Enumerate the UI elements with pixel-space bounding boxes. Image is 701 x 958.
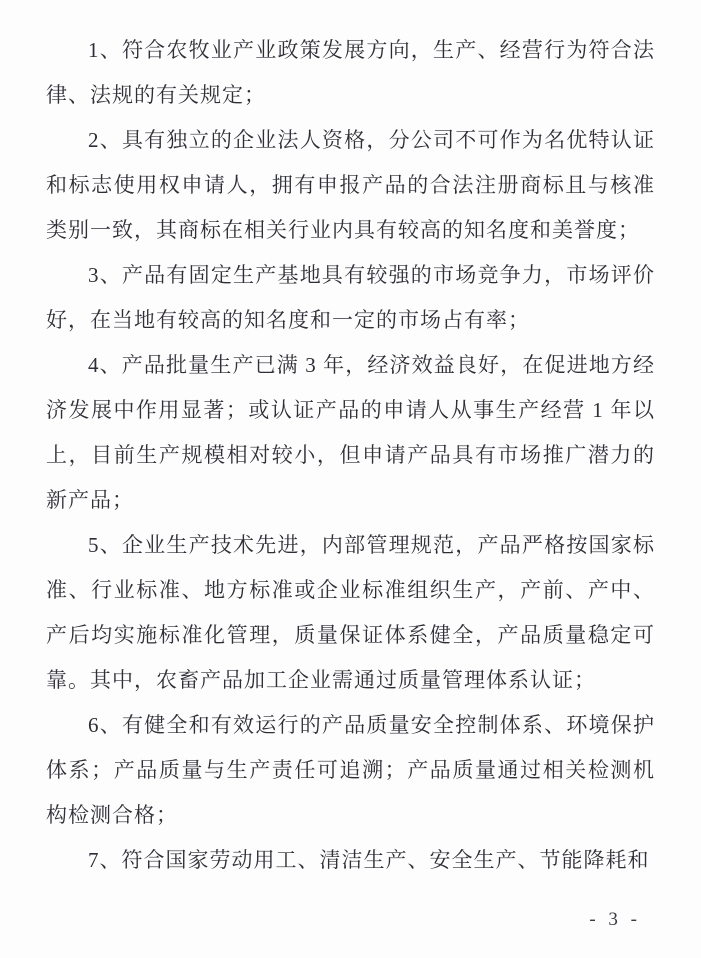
paragraph-4: 4、产品批量生产已满 3 年，经济效益良好，在促进地方经济发展中作用显著；或认证… [46,343,655,523]
paragraph-1: 1、符合农牧业产业政策发展方向，生产、经营行为符合法律、法规的有关规定； [46,28,655,118]
paragraph-7: 7、符合国家劳动用工、清洁生产、安全生产、节能降耗和 [46,838,655,883]
page-number: - 3 - [589,905,641,935]
document-page: 1、符合农牧业产业政策发展方向，生产、经营行为符合法律、法规的有关规定； 2、具… [0,0,701,958]
paragraph-3: 3、产品有固定生产基地具有较强的市场竞争力，市场评价好，在当地有较高的知名度和一… [46,253,655,343]
document-content: 1、符合农牧业产业政策发展方向，生产、经营行为符合法律、法规的有关规定； 2、具… [46,28,655,883]
paragraph-6: 6、有健全和有效运行的产品质量安全控制体系、环境保护体系；产品质量与生产责任可追… [46,703,655,838]
paragraph-2: 2、具有独立的企业法人资格，分公司不可作为名优特认证和标志使用权申请人，拥有申报… [46,118,655,253]
paragraph-5: 5、企业生产技术先进，内部管理规范，产品严格按国家标准、行业标准、地方标准或企业… [46,523,655,703]
